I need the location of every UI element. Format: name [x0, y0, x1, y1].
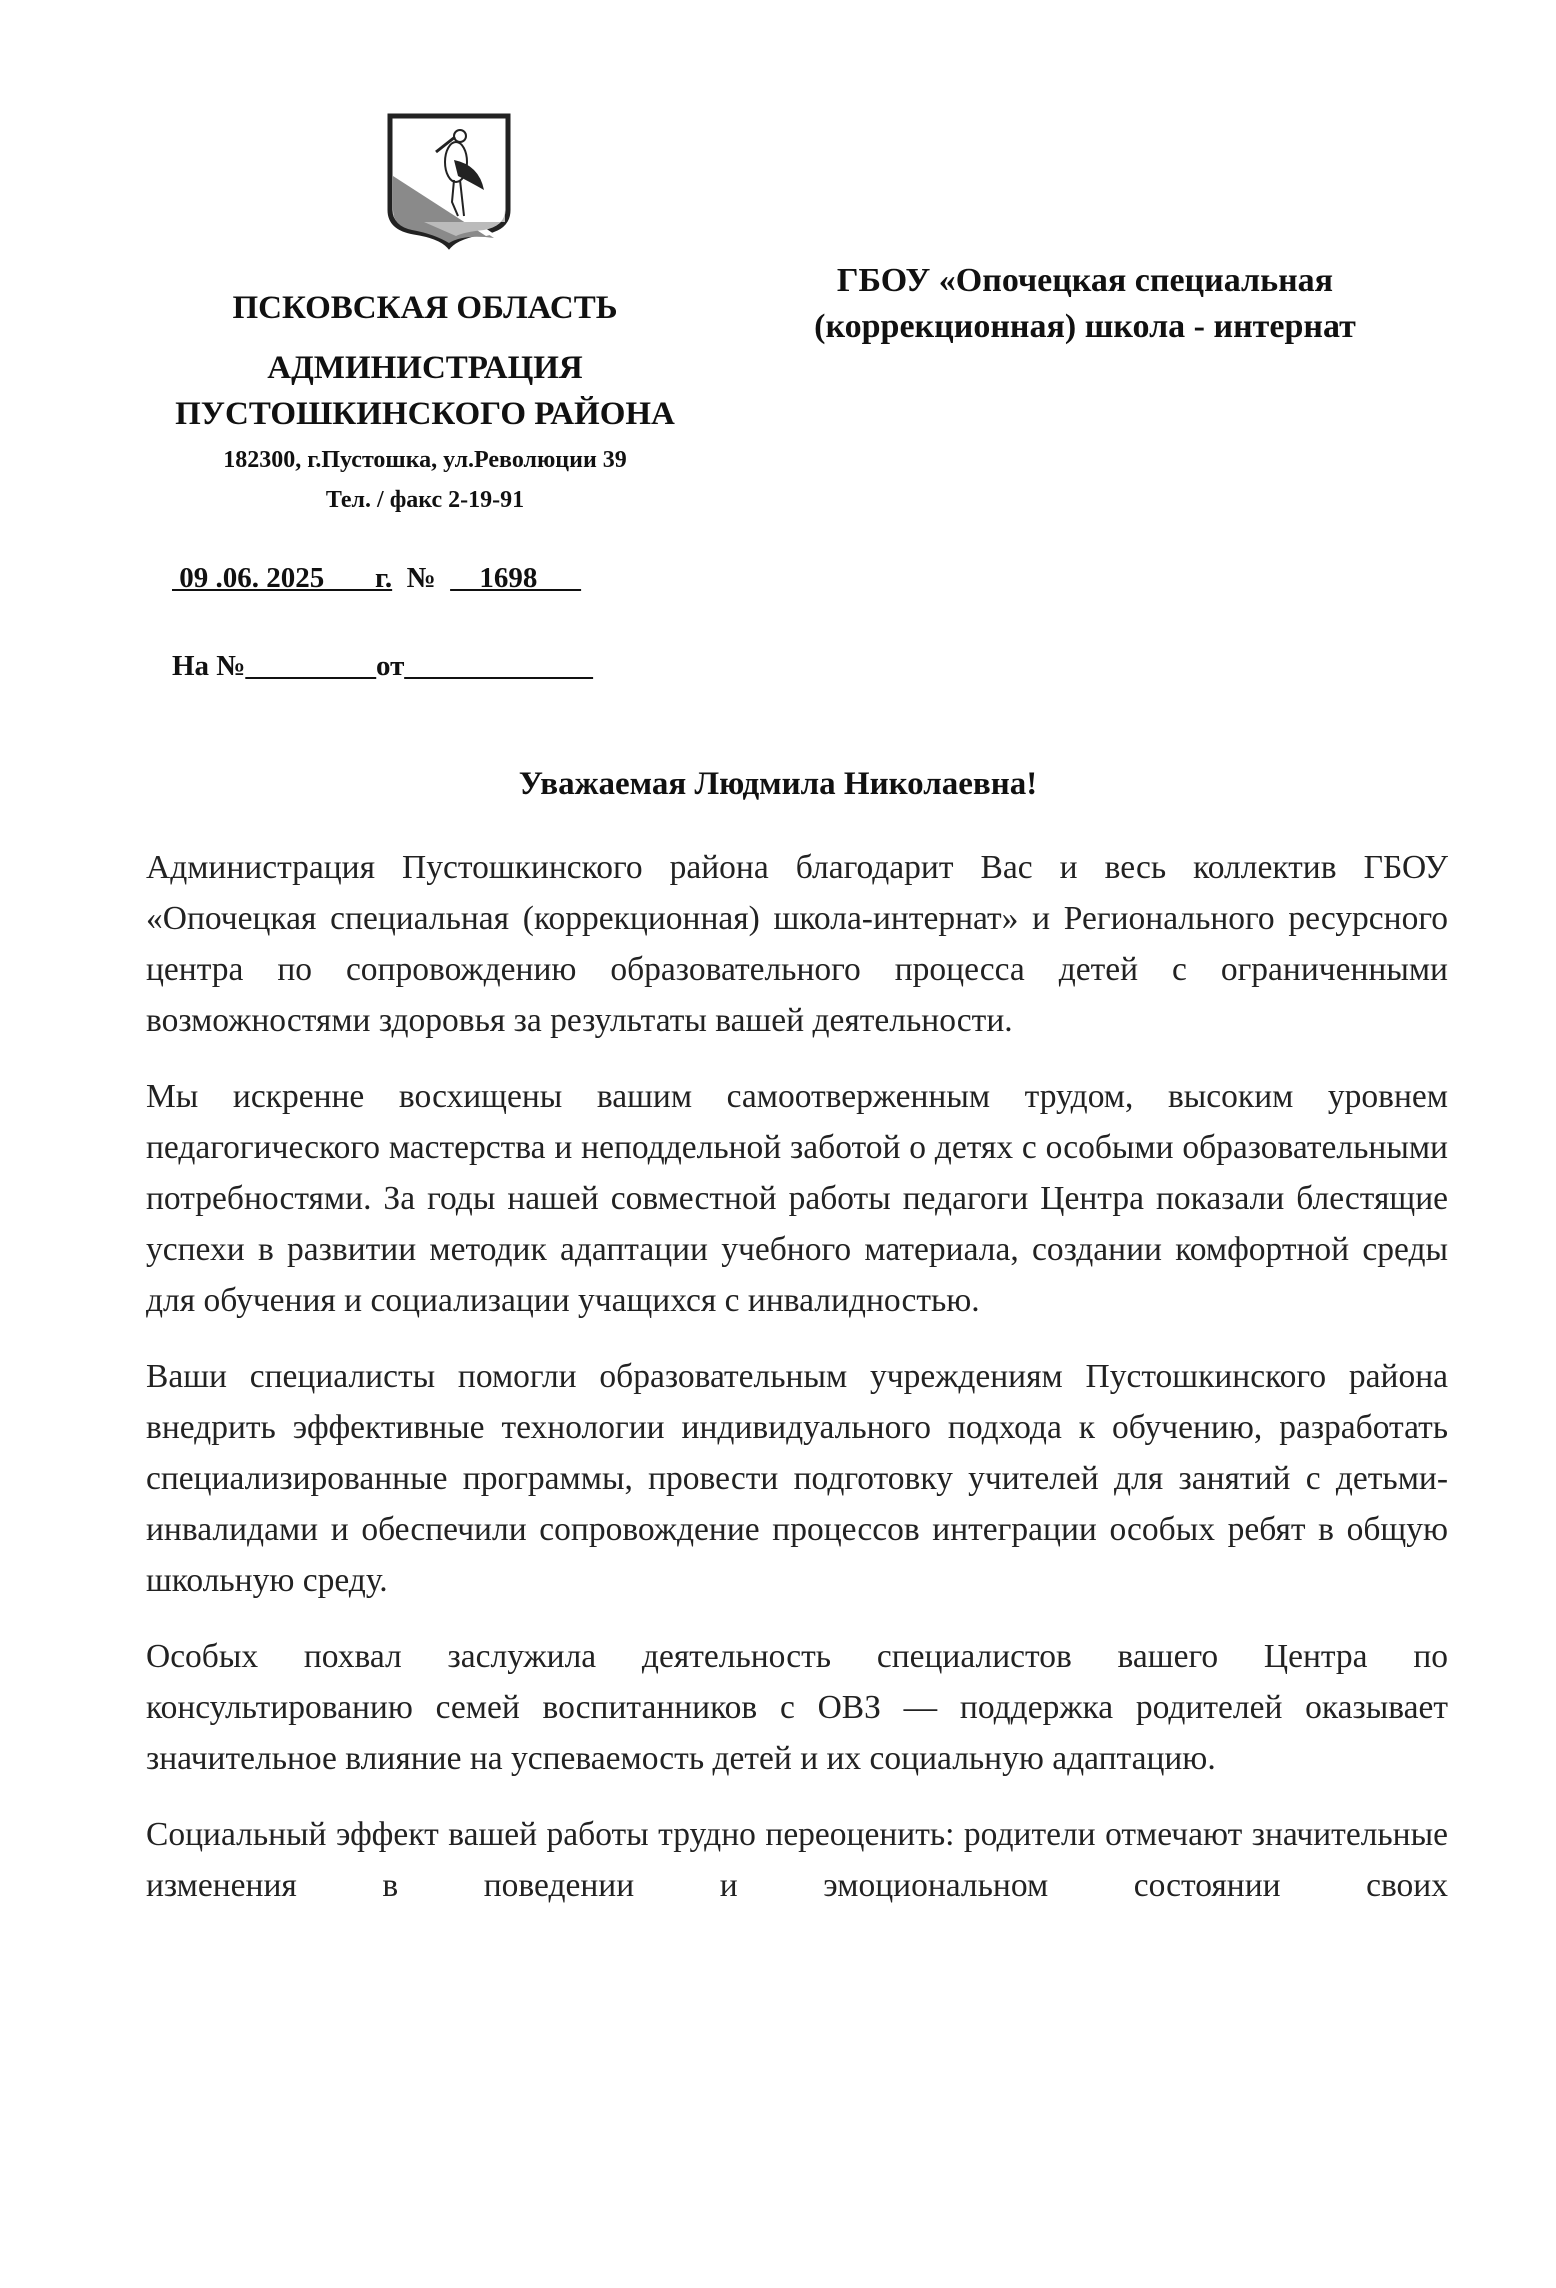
org-address: 182300, г.Пустошка, ул.Революции 39 [150, 443, 700, 477]
letter-body: Администрация Пустошкинского района благ… [146, 842, 1448, 1936]
outgoing-reference: 09 .06. 2025 г. № __1698___ [172, 562, 581, 595]
letter-date: 09 .06. 2025 г. [172, 562, 392, 594]
org-name-line2: ПУСТОШКИНСКОГО РАЙОНА [150, 391, 700, 437]
salutation: Уважаемая Людмила Николаевна! [0, 766, 1556, 803]
paragraph: Ваши специалисты помогли образовательным… [146, 1351, 1448, 1606]
paragraph: Администрация Пустошкинского района благ… [146, 842, 1448, 1046]
sender-letterhead: ПСКОВСКАЯ ОБЛАСТЬ АДМИНИСТРАЦИЯ ПУСТОШКИ… [150, 285, 700, 517]
paragraph: Социальный эффект вашей работы трудно пе… [146, 1809, 1448, 1911]
reply-number-blank: _________ [245, 650, 376, 682]
recipient-line2: (коррекционная) школа - интернат [760, 304, 1410, 350]
recipient-line1: ГБОУ «Опочецкая специальная [760, 258, 1410, 304]
org-name-line1: АДМИНИСТРАЦИЯ [150, 345, 700, 391]
coat-of-arms-stork-icon [384, 110, 514, 250]
reply-label: На № [172, 650, 245, 682]
region-name: ПСКОВСКАЯ ОБЛАСТЬ [150, 285, 700, 331]
paragraph: Мы искренне восхищены вашим самоотвержен… [146, 1071, 1448, 1326]
letter-number: __1698___ [450, 562, 581, 594]
recipient-block: ГБОУ «Опочецкая специальная (коррекционн… [760, 258, 1410, 350]
reply-date-blank: _____________ [404, 650, 593, 682]
incoming-reference: На №_________от_____________ [172, 650, 593, 683]
paragraph: Особых похвал заслужила деятельность спе… [146, 1631, 1448, 1784]
number-prefix: № [392, 562, 450, 594]
org-phone: Тел. / факс 2-19-91 [150, 483, 700, 517]
reply-from-label: от [376, 650, 404, 682]
